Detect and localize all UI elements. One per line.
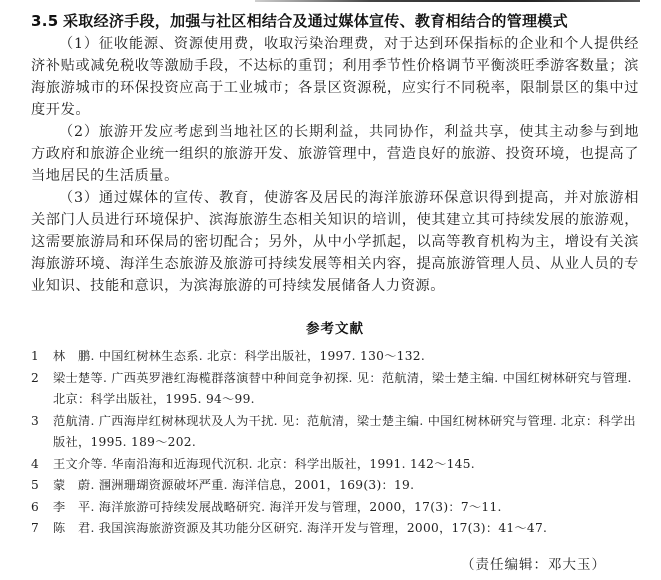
reference-text: 王文介等. 华南沿海和近海现代沉积. 北京：科学出版社，1991. 142～14… bbox=[53, 457, 475, 471]
editor-note: （责任编辑：邓大玉） bbox=[461, 553, 606, 573]
paragraph-1: （1）征收能源、资源使用费，收取污染治理费，对于达到环保指标的企业和个人提供经济… bbox=[31, 33, 639, 121]
reference-item: 7 陈 君. 我国滨海旅游资源及其功能分区研究. 海洋开发与管理，2000，17… bbox=[31, 518, 639, 540]
section-heading: 3.5采取经济手段，加强与社区相结合及通过媒体宣传、教育相结合的管理模式 bbox=[31, 10, 568, 31]
reference-item: 5 蒙 蔚. 涠洲珊瑚资源破坏严重. 海洋信息，2001，169(3)：19. bbox=[31, 475, 639, 497]
paragraph-3: （3）通过媒体的宣传、教育，使游客及居民的海洋旅游环保意识得到提高，并对旅游相关… bbox=[31, 187, 639, 297]
section-title: 采取经济手段，加强与社区相结合及通过媒体宣传、教育相结合的管理模式 bbox=[63, 12, 568, 30]
reference-index: 5 bbox=[31, 475, 39, 497]
reference-index: 7 bbox=[31, 518, 39, 540]
reference-index: 6 bbox=[31, 497, 39, 519]
reference-item: 2 梁士楚等. 广西英罗港红海榄群落演替中种间竞争初探. 见：范航清，梁士楚主编… bbox=[31, 368, 639, 411]
reference-text: 蒙 蔚. 涠洲珊瑚资源破坏严重. 海洋信息，2001，169(3)：19. bbox=[53, 478, 414, 492]
references-title: 参考文献 bbox=[31, 317, 639, 337]
reference-text: 李 平. 海洋旅游可持续发展战略研究. 海洋开发与管理，2000，17(3)：7… bbox=[53, 500, 502, 514]
reference-item: 1 林 鹏. 中国红树林生态系. 北京：科学出版社，1997. 130～132. bbox=[31, 346, 639, 368]
paragraph-2: （2）旅游开发应考虑到当地社区的长期利益，共同协作，利益共享，使其主动参与到地方… bbox=[31, 121, 639, 187]
section-number: 3.5 bbox=[31, 12, 63, 30]
reference-list: 1 林 鹏. 中国红树林生态系. 北京：科学出版社，1997. 130～132.… bbox=[31, 346, 639, 540]
reference-item: 4 王文介等. 华南沿海和近海现代沉积. 北京：科学出版社，1991. 142～… bbox=[31, 454, 639, 476]
reference-index: 1 bbox=[31, 346, 39, 368]
reference-index: 4 bbox=[31, 454, 39, 476]
reference-index: 3 bbox=[31, 411, 39, 433]
reference-text: 林 鹏. 中国红树林生态系. 北京：科学出版社，1997. 130～132. bbox=[53, 349, 425, 363]
reference-text: 陈 君. 我国滨海旅游资源及其功能分区研究. 海洋开发与管理，2000，17(3… bbox=[53, 521, 547, 535]
reference-item: 3 范航清. 广西海岸红树林现状及人为干扰. 见：范航清，梁士楚主编. 中国红树… bbox=[31, 411, 639, 454]
reference-item: 6 李 平. 海洋旅游可持续发展战略研究. 海洋开发与管理，2000，17(3)… bbox=[31, 497, 639, 519]
reference-text: 范航清. 广西海岸红树林现状及人为干扰. 见：范航清，梁士楚主编. 中国红树林研… bbox=[53, 414, 636, 450]
reference-text: 梁士楚等. 广西英罗港红海榄群落演替中种间竞争初探. 见：范航清，梁士楚主编. … bbox=[53, 371, 632, 407]
top-rule bbox=[255, 0, 640, 2]
reference-index: 2 bbox=[31, 368, 39, 390]
